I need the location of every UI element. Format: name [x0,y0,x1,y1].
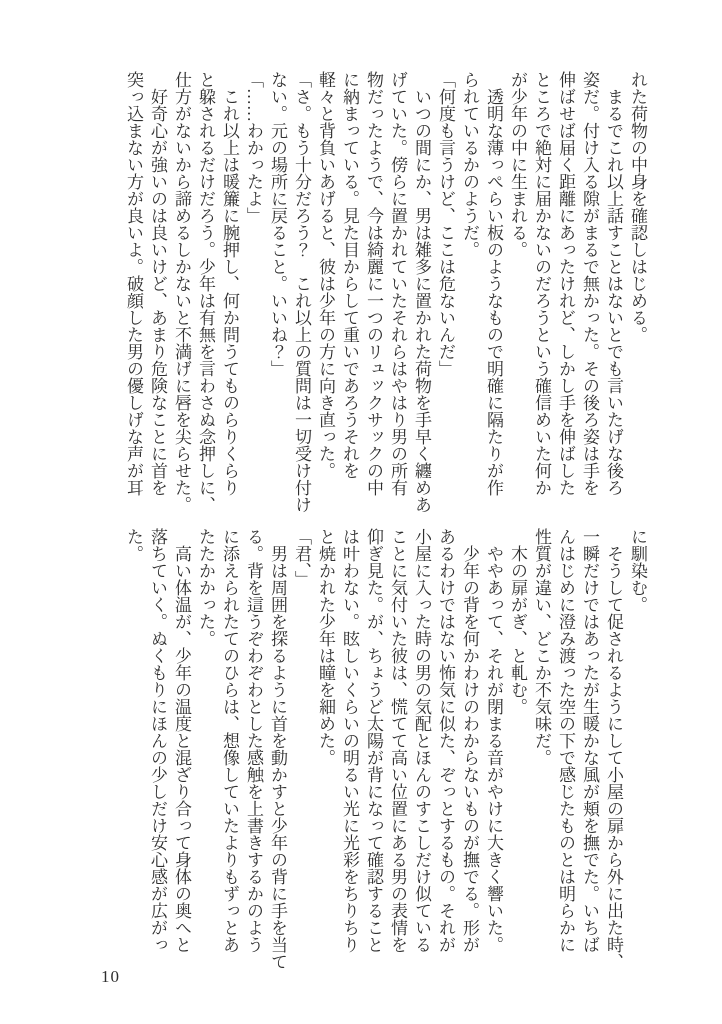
text-line: んはじめに澄み渡った空の下で感じたものとは明らかに [553,528,577,980]
novel-page: れた荷物の中身を確認しはじめる。 まるでこれ以上話すことはないとでも言いたげな後… [0,0,722,1024]
text-line: 「君、」 [289,528,313,980]
text-line: 一瞬だけではあったが生暖かな風が頬を撫でた。いちば [577,528,601,980]
text-line: 物だったようで、今は綺麗に一つのリュックサックの中 [361,71,385,523]
text-line: 仰ぎ見た。が、ちょうど太陽が背になって確認すること [361,528,385,980]
text-line: 男は周囲を探るように首を動かすと少年の背に手を当て [265,528,289,980]
text-line: に納まっている。見た目からして重いであろうそれを [337,71,361,523]
text-line: 落ちていく。ぬくもりにほんの少しだけ安心感が広がっ [145,528,169,980]
text-line: たたかかった。 [193,528,217,980]
text-line: 軽々と背負いあげると、彼は少年の方に向き直った。 [313,71,337,523]
text-line: に馴染む。 [625,528,649,980]
text-line: 少年の背を何かわけのわからないものが撫でる。形が [457,528,481,980]
text-line: 好奇心が強いのは良いけど、あまり危険なことに首を [145,71,169,523]
text-line: 木の扉がぎ、と軋む。 [505,528,529,980]
text-line: た。 [121,528,145,980]
text-line: と躱されるだけだろう。少年は有無を言わさぬ念押しに、 [193,71,217,523]
text-block-lower: に馴染む。 そうして促されるようにして小屋の扉から外に出た時、一瞬だけではあった… [117,528,649,980]
text-block-upper: れた荷物の中身を確認しはじめる。 まるでこれ以上話すことはないとでも言いたげな後… [117,71,649,523]
text-line: 仕方がないから諦めるしかないと不満げに唇を尖らせた。 [169,71,193,523]
page-number: 10 [101,967,120,987]
text-line: 「……わかったよ」 [241,71,265,523]
text-line: 小屋に入った時の男の気配とほんのすこしだけ似ている [409,528,433,980]
text-line: 姿だ。付け入る隙がまるで無かった。その後ろ姿は手を [577,71,601,523]
text-line: 「何度も言うけど、ここは危ないんだ」 [433,71,457,523]
text-line: ややあって、それが閉まる音がやけに大きく響いた。 [481,528,505,980]
text-line: 高い体温が、少年の温度と混ざり合って身体の奥へと [169,528,193,980]
text-line: これ以上は暖簾に腕押し、何か問うてものらりくらり [217,71,241,523]
text-line: げていた。傍らに置かれていたそれらはやはり男の所有 [385,71,409,523]
text-line: 伸ばせば届く距離にあったけれど、しかし手を伸ばした [553,71,577,523]
text-line: まるでこれ以上話すことはないとでも言いたげな後ろ [601,71,625,523]
text-line: そうして促されるようにして小屋の扉から外に出た時、 [601,528,625,980]
text-line: ことに気付いた彼は、慌てて高い位置にある男の表情を [385,528,409,980]
text-line: る。背を這うぞわぞわとした感触を上書きするかのよう [241,528,265,980]
text-line: に添えられたてのひらは、想像していたよりもずっとあ [217,528,241,980]
text-line: いつの間にか、男は雑多に置かれた荷物を手早く纏めあ [409,71,433,523]
text-line: られているかのようだ。 [457,71,481,523]
text-line: が少年の中に生まれる。 [505,71,529,523]
text-line: ない。元の場所に戻ること。いいね？」 [265,71,289,523]
text-line: 「さ。もう十分だろう？ これ以上の質問は一切受け付け [289,71,313,523]
text-line: あるわけではない怖気に似た、ぞっとするもの。それが [433,528,457,980]
text-line: と焼かれた少年は瞳を細めた。 [313,528,337,980]
text-line: 突っ込まない方が良いよ。破顔した男の優しげな声が耳 [121,71,145,523]
text-line: 透明な薄っぺらい板のようなもので明確に隔たりが作 [481,71,505,523]
text-line: れた荷物の中身を確認しはじめる。 [625,71,649,523]
text-line: ところで絶対に届かないのだろうという確信めいた何か [529,71,553,523]
text-line: は叶わない。眩しいくらいの明るい光に光彩をちりちり [337,528,361,980]
text-line: 性質が違い、どこか不気味だ。 [529,528,553,980]
